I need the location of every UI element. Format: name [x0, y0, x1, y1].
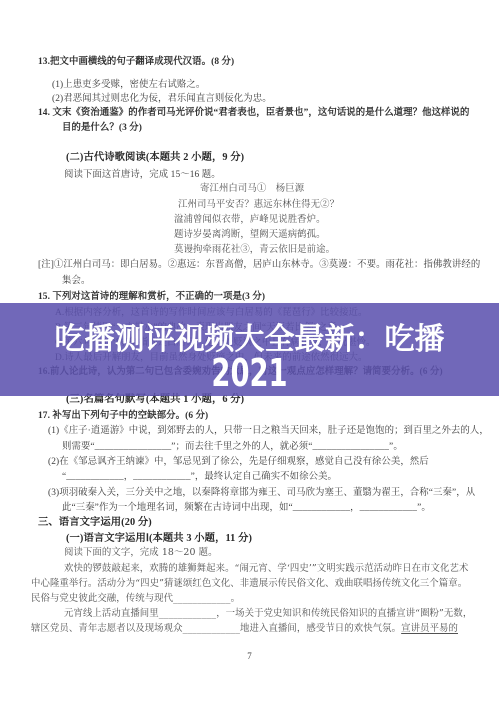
text-line: 目的是什么？(3 分)	[62, 122, 142, 134]
text-line: 则需要“________________”；而去往千里之外的人，就必须“____…	[62, 441, 403, 453]
text-line: “____________，____________”，最终认定自己确实不如徐公…	[62, 471, 337, 483]
text-line: (2)君恶闻其过则忠化为佞，君乐闻直言则佞化为忠。	[52, 93, 272, 105]
text-line: 集会。	[62, 275, 90, 287]
text-line: 莫谩拘牵雨花社③，青云依旧是前途。	[174, 244, 335, 256]
text-segment: 辖区党员、青年志愿者以及现场观众____________地进入直播间，感受节日的…	[31, 623, 401, 634]
text-line: 15. 下列对这首诗的理解和赏析，不正确的一项是(3 分)	[38, 291, 265, 303]
text-line: (1)上患吏多受赇，密使左右试赂之。	[52, 79, 205, 91]
text-line: 湓浦曾闻似衣带，庐峰见说胜香炉。	[174, 214, 326, 226]
page-number: 7	[0, 651, 499, 661]
text-line: 题诗岁晏离鸿断，望阙天遥病鹤孤。	[174, 229, 326, 241]
text-line: 此“三秦”作为一个地理名词，频繁在古诗词中出现，如“____________，_…	[62, 502, 431, 514]
text-line: 元宵线上活动直播间里____________，一场关于党史知识和传统民俗知识的直…	[64, 608, 472, 620]
text-line: (二)古代诗歌阅读(本题共 2 小题，9 分)	[66, 152, 244, 164]
text-line: 阅读下面的文字，完成 18～20 题。	[64, 547, 218, 559]
text-line: 13.把文中画横线的句子翻译成现代汉语。(8 分)	[38, 56, 234, 68]
text-line: 寄江州白司马① 杨巨源	[200, 183, 304, 195]
text-line: (一)语言文字运用Ⅰ(本题共 3 小题，11 分)	[66, 533, 252, 545]
text-line: 江州司马平安否？惠远东林住得无②？	[178, 199, 339, 211]
exam-page: 13.把文中画横线的句子翻译成现代汉语。(8 分)(1)上患吏多受赇，密使左右试…	[0, 0, 499, 706]
text-line: 中心隆重举行。活动分为“四史”猜谜颂红色文化、非遗展示传民俗文化、戏曲联唱扬传统…	[31, 578, 467, 590]
text-line: 三、语言文字运用(20 分)	[38, 517, 152, 529]
text-line: (2)在《邹忌讽齐王纳谏》中，邹忌见到了徐公，先是仔细观察，感觉自己没有徐公美，…	[48, 456, 429, 468]
text-line: 辖区党员、青年志愿者以及现场观众____________地进入直播间，感受节日的…	[31, 623, 458, 635]
text-line: 阅读下面这首唐诗，完成 15～16 题。	[64, 169, 221, 181]
text-line: 欢快的锣鼓敲起来，欢腾的雄狮舞起来。“闹元宵、学‘四史’”文明实践示范活动昨日在…	[64, 563, 468, 575]
underlined-text-segment: 宣讲员平易的	[401, 623, 458, 634]
text-line: (3)项羽破秦入关，三分关中之地，以秦降将章邯为雍王、司马欣为塞王、董翳为翟王，…	[48, 487, 475, 499]
text-line: 17. 补写出下列句子中的空缺部分。(6 分)	[38, 410, 208, 422]
text-line: (1)《庄子·逍遥游》中说，到郊野去的人，只带一日之粮当天回来，肚子还是饱饱的；…	[48, 425, 489, 437]
overlay-title-line2: 2021	[70, 351, 429, 395]
text-line: 14. 文末《资治通鉴》的作者司马光评价说“君者表也，臣者景也”，这句话说的是什…	[38, 107, 469, 119]
text-line: 民俗与党史彼此交融，传统与现代____________。	[31, 593, 240, 605]
text-line: [注]①江州白司马：即白居易。②惠远：东晋高僧，居庐山东林寺。③莫谩：不要。雨花…	[38, 259, 480, 271]
